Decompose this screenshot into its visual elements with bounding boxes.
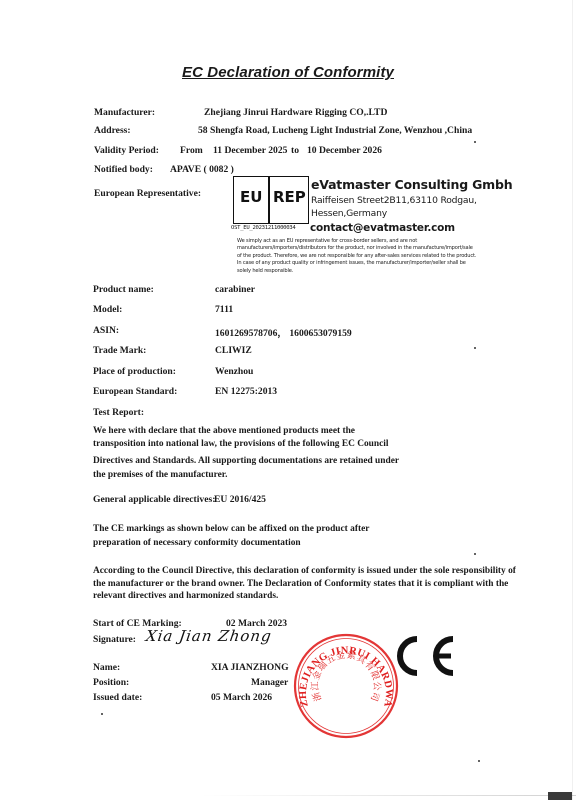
validity-label: Validity Period: xyxy=(94,145,159,156)
issued-date-value: 05 March 2026 xyxy=(211,692,272,703)
scan-speck xyxy=(474,347,476,349)
place-of-production-value: Wenzhou xyxy=(215,366,253,377)
scan-speck xyxy=(474,141,476,143)
european-standard-value: EN 12275:2013 xyxy=(215,386,277,397)
scan-corner-shadow xyxy=(548,792,572,800)
scan-speck xyxy=(474,553,476,555)
name-value: XIA JIANZHONG xyxy=(211,662,289,673)
scan-speck xyxy=(101,713,103,715)
european-standard-label: European Standard: xyxy=(93,386,177,397)
eu-rep-address-line2: Hessen,Germany xyxy=(311,208,387,219)
eu-rep-disclaimer: We simply act as an EU representative fo… xyxy=(237,238,477,275)
asin-label: ASIN: xyxy=(93,325,119,336)
scan-edge-right xyxy=(572,0,573,800)
company-seal-stamp: ZHEJIANG JINRUI HARDWARE RIGGING CO.,LTD… xyxy=(292,632,400,740)
name-label: Name: xyxy=(93,662,120,673)
eu-rep-address-line1: Raiffeisen Street2B11,63110 Rodgau, xyxy=(311,195,477,206)
eu-rep-company: eVatmaster Consulting Gmbh xyxy=(311,177,512,192)
notified-body-label: Notified body: xyxy=(94,164,153,175)
manufacturer-value: Zhejiang Jinrui Hardware Rigging CO,.LTD xyxy=(204,107,387,118)
seal-inner-char: 江 xyxy=(310,681,321,690)
address-label: Address: xyxy=(94,125,131,136)
ce-paragraph-line-1: The CE markings as shown below can be af… xyxy=(93,523,369,537)
ce-mark-icon xyxy=(389,635,457,677)
validity-to-label: to xyxy=(291,145,299,156)
eu-rep-label: European Representative: xyxy=(94,188,201,199)
eu-rep-code: OST_EU_20231211000034 xyxy=(231,225,295,231)
council-paragraph-line-3: relevant directives and harmonized stand… xyxy=(93,590,278,604)
document-title: EC Declaration of Conformity xyxy=(0,64,576,81)
declaration-line-2: transposition into national law, the pro… xyxy=(93,438,388,452)
position-value: Manager xyxy=(251,677,288,688)
product-name-value: carabiner xyxy=(215,284,255,295)
trade-mark-label: Trade Mark: xyxy=(93,345,146,356)
validity-from-label: From xyxy=(180,145,203,156)
manufacturer-label: Manufacturer: xyxy=(94,107,155,118)
eu-rep-badge-eu: EU xyxy=(240,188,262,206)
scan-edge-bottom xyxy=(200,795,576,796)
eu-rep-badge-divider xyxy=(268,177,270,223)
seal-inner-char: 浙 xyxy=(310,690,324,703)
position-label: Position: xyxy=(93,677,129,688)
validity-from-date: 11 December 2025 xyxy=(213,145,287,156)
handwritten-signature: Xia Jian Zhong xyxy=(145,627,273,645)
declaration-line-1: We here with declare that the above ment… xyxy=(93,425,355,439)
trade-mark-value: CLIWIZ xyxy=(215,345,252,356)
directives-value: EU 2016/425 xyxy=(214,494,266,505)
declaration-line-4: the premises of the manufacturer. xyxy=(93,469,227,483)
council-paragraph-line-1: According to the Council Directive, this… xyxy=(93,565,516,579)
declaration-page: EC Declaration of Conformity Manufacture… xyxy=(0,0,576,800)
model-value: 7111 xyxy=(215,304,233,315)
signature-label: Signature: xyxy=(93,634,136,645)
asin-value: 1601269578706， 1600653079159 xyxy=(215,325,352,339)
eu-rep-badge-rep: REP xyxy=(273,188,306,206)
validity-to-date: 10 December 2026 xyxy=(307,145,382,156)
test-report-label: Test Report: xyxy=(93,407,144,418)
place-of-production-label: Place of production: xyxy=(93,366,176,377)
eu-rep-badge: EU REP xyxy=(233,176,309,224)
ce-paragraph-line-2: preparation of necessary conformity docu… xyxy=(93,537,301,551)
declaration-line-3: Directives and Standards. All supporting… xyxy=(93,455,399,469)
directives-label: General applicable directives: xyxy=(93,494,215,505)
scan-speck xyxy=(478,760,480,762)
model-label: Model: xyxy=(93,304,122,315)
seal-inner-char: 司 xyxy=(368,690,381,702)
issued-date-label: Issued date: xyxy=(93,692,142,703)
seal-inner-char: 公 xyxy=(371,681,382,690)
product-name-label: Product name: xyxy=(93,284,154,295)
notified-body-value: APAVE ( 0082 ) xyxy=(170,164,234,175)
address-value: 58 Shengfa Road, Lucheng Light Industria… xyxy=(198,125,472,136)
eu-rep-email: contact@evatmaster.com xyxy=(310,222,455,234)
